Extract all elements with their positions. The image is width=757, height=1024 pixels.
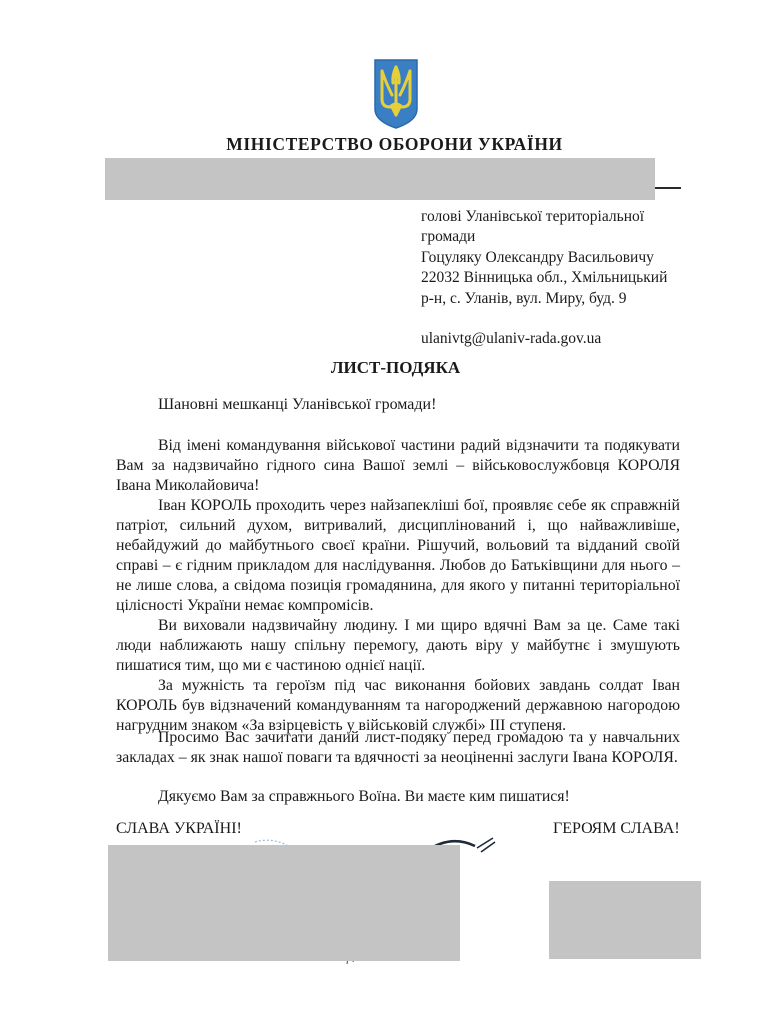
- redacted-unit-details: [105, 158, 655, 200]
- recipient-email: ulanivtg@ulaniv-rada.gov.ua: [421, 329, 711, 349]
- redacted-signatory-name: [549, 881, 701, 959]
- redacted-signatory-position: [108, 845, 460, 961]
- recipient-line: 22032 Вінницька обл., Хмільницький: [421, 268, 711, 288]
- closing-left: СЛАВА УКРАЇНІ!: [116, 820, 242, 838]
- closing-right: ГЕРОЯМ СЛАВА!: [553, 820, 680, 838]
- paragraph-text: Ви виховали надзвичайну людину. І ми щир…: [116, 616, 680, 676]
- greeting: Шановні мешканці Уланівської громади!: [158, 396, 436, 414]
- paragraph-3: Ви виховали надзвичайну людину. І ми щир…: [116, 616, 680, 676]
- letter-title: ЛИСТ-ПОДЯКА: [0, 358, 757, 378]
- paragraph-text: Від імені командування військової частин…: [116, 436, 680, 496]
- paragraph-text: Іван КОРОЛЬ проходить через найзапекліші…: [116, 496, 680, 616]
- recipient-line: р-н, с. Уланів, вул. Миру, буд. 9: [421, 289, 711, 309]
- recipient-line: голові Уланівської територіальної: [421, 207, 711, 227]
- paragraph-1: Від імені командування військової частин…: [116, 436, 680, 496]
- thanks-line: Дякуємо Вам за справжнього Воїна. Ви має…: [158, 788, 570, 806]
- paragraph-text: За мужність та героїзм під час виконання…: [116, 676, 680, 736]
- paragraph-4: За мужність та героїзм під час виконання…: [116, 676, 680, 736]
- recipient-line: Гоцуляку Олександру Васильовичу: [421, 248, 711, 268]
- paragraph-2: Іван КОРОЛЬ проходить через найзапекліші…: [116, 496, 680, 616]
- header-divider: [655, 187, 681, 189]
- paragraph-text: Просимо Вас зачитати даний лист-подяку п…: [116, 728, 680, 768]
- paragraph-5: Просимо Вас зачитати даний лист-подяку п…: [116, 728, 680, 768]
- ministry-name: МІНІСТЕРСТВО ОБОРОНИ УКРАЇНИ: [0, 134, 757, 155]
- recipient-address: голові Уланівської територіальної громад…: [421, 207, 711, 349]
- recipient-line: громади: [421, 227, 711, 247]
- coat-of-arms-icon: [372, 57, 420, 131]
